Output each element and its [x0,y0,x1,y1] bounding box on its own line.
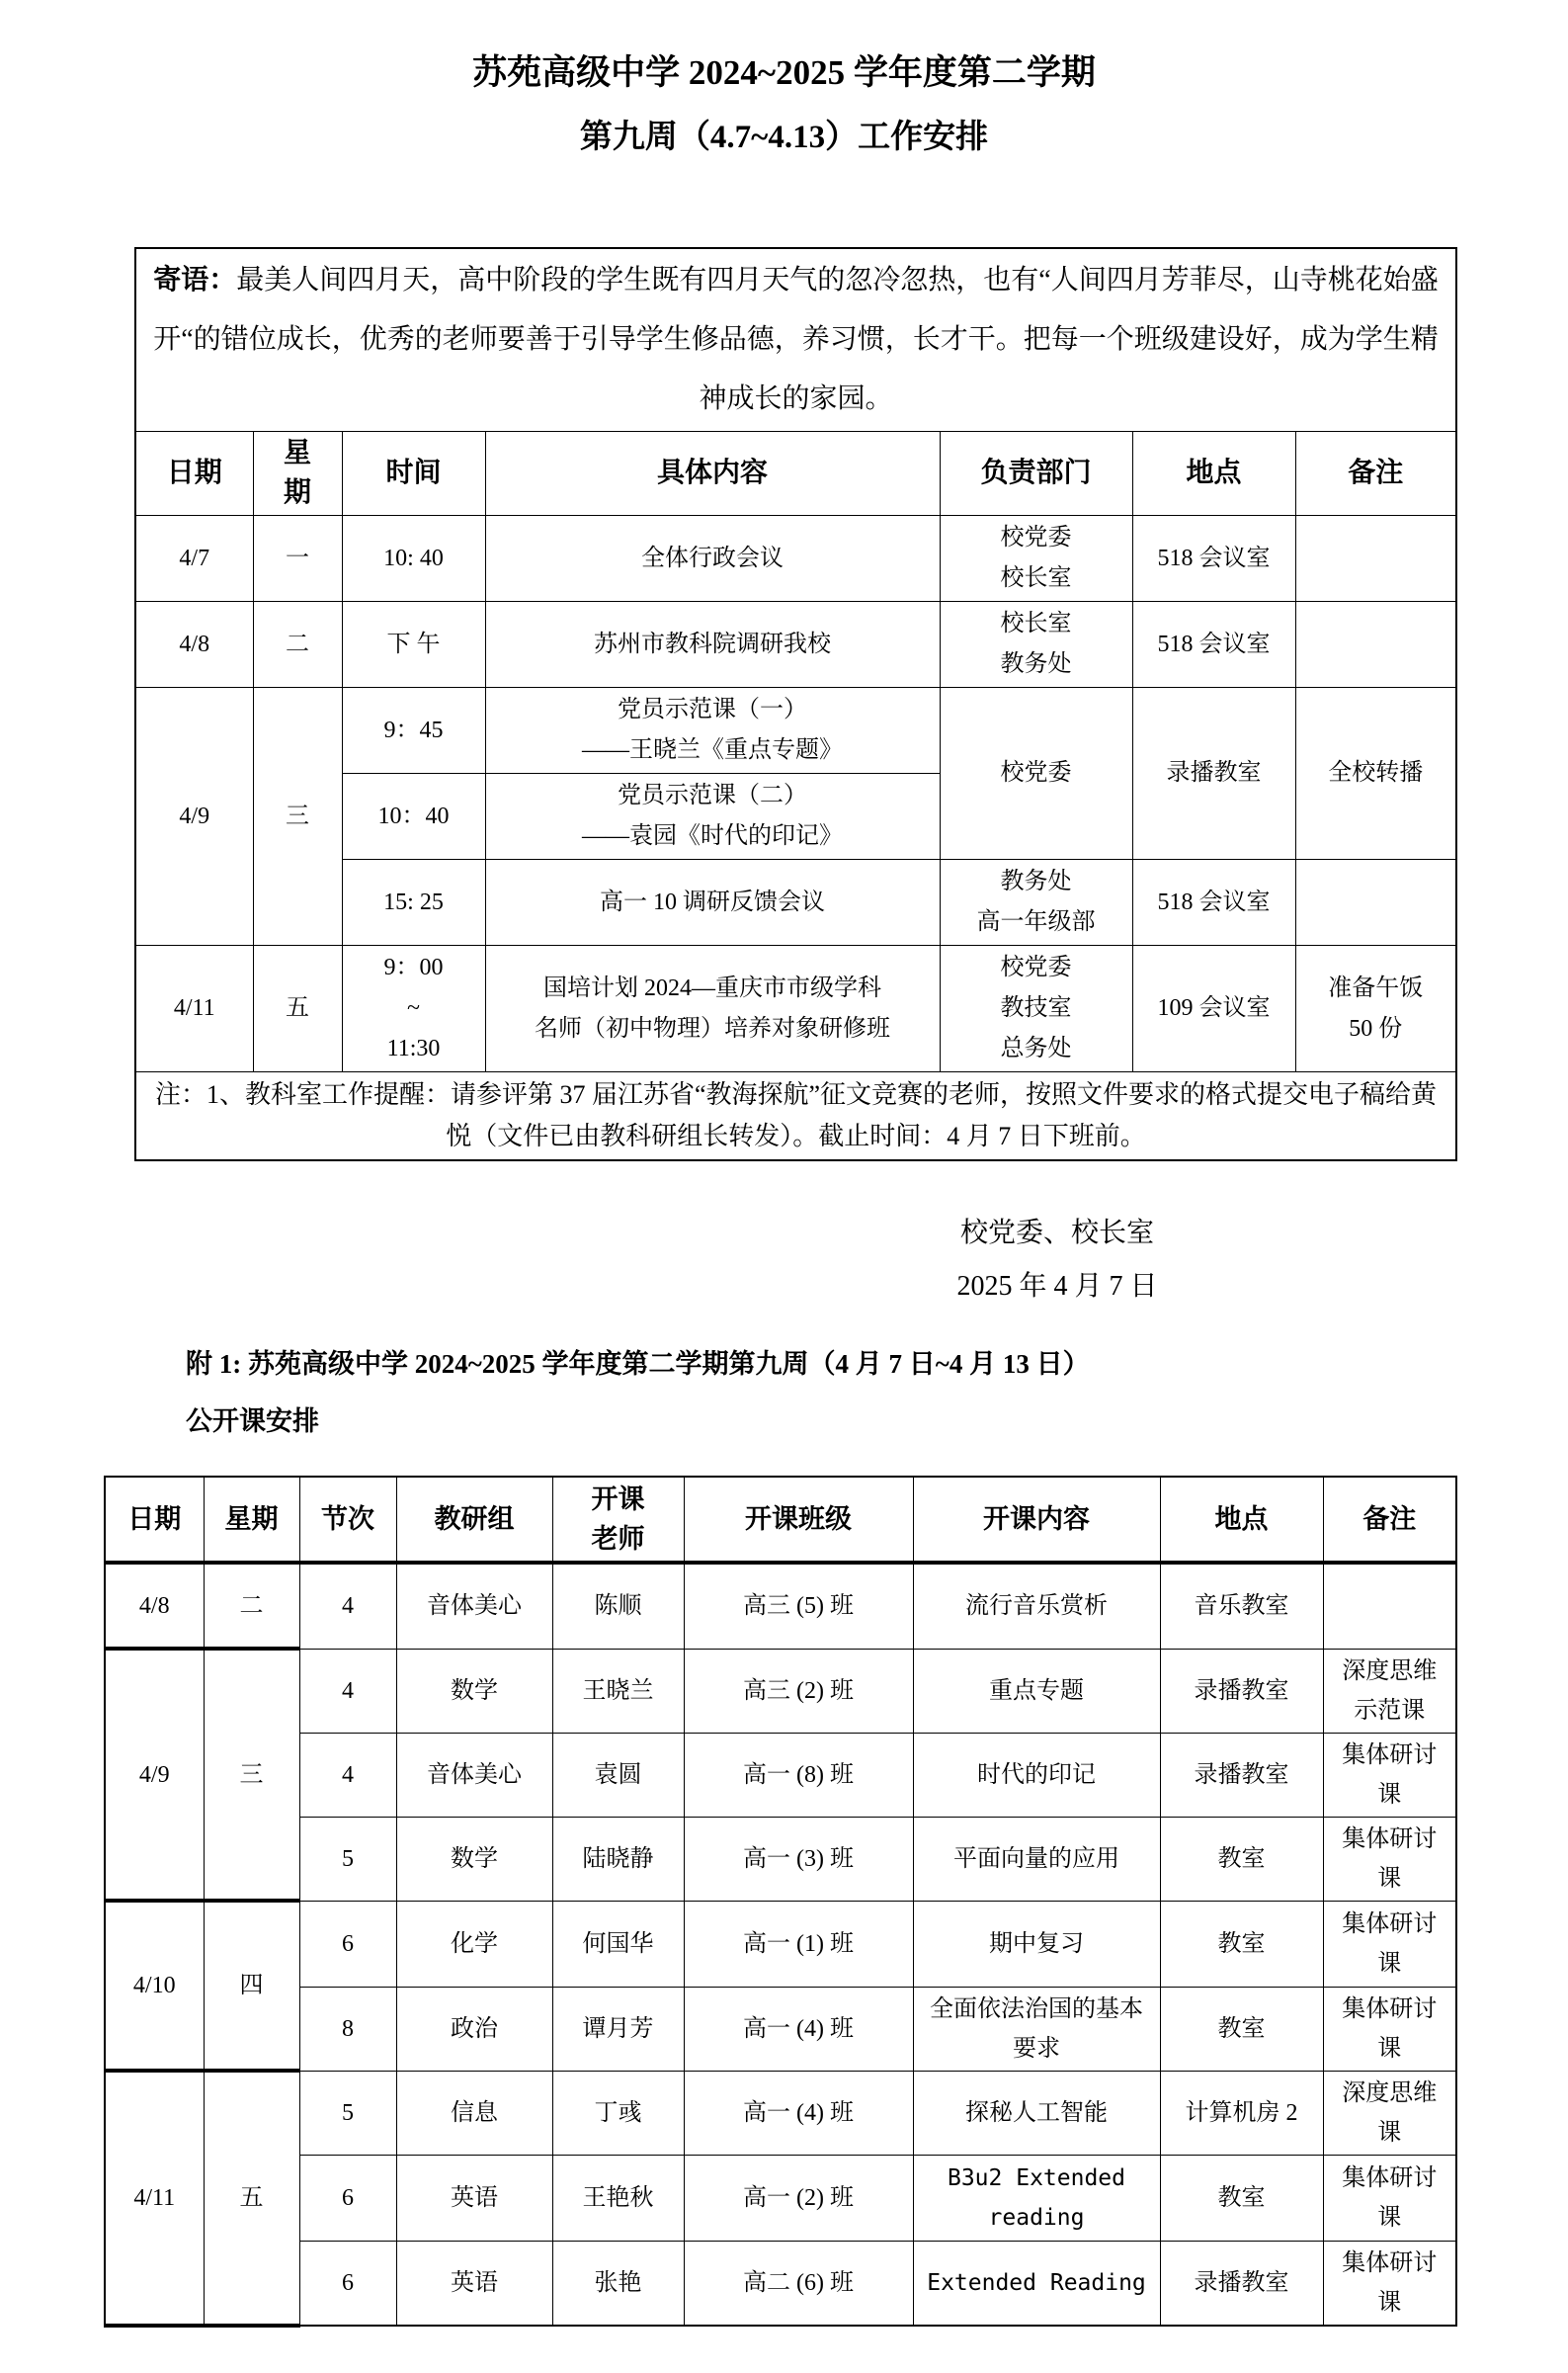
note-row: 注：1、教科室工作提醒：请参评第 37 届江苏省“教海探航”征文竞赛的老师，按照… [135,1072,1456,1161]
cell-place: 录播教室 [1160,2241,1323,2326]
cell-period: 5 [299,2071,396,2155]
cell-teaching-group: 英语 [396,2155,552,2241]
cell-week: 一 [253,516,342,602]
cell-class: 高一 (4) 班 [684,1987,913,2071]
weekly-schedule-table: 寄语：最美人间四月天，高中阶段的学生既有四月天气的忽冷忽热，也有“人间四月芳菲尽… [134,247,1457,1161]
open-class-table: 日期 星期 节次 教研组 开课老师 开课班级 开课内容 地点 备注 4/8 二 … [104,1476,1457,2328]
cell-time: 9：00 ~ 11:30 [342,946,485,1072]
table-row: 4/11 五 9：00 ~ 11:30 国培计划 2024—重庆市市级学科 名师… [135,946,1456,1072]
cell-time: 10：40 [342,774,485,860]
cell-note [1323,1563,1456,1649]
cell-dept: 校党委 教技室 总务处 [940,946,1132,1072]
col-header-period: 节次 [299,1477,396,1563]
signature-block: 校党委、校长室 2025 年 4 月 7 日 [894,1207,1220,1314]
cell-lesson-content: 平面向量的应用 [913,1817,1160,1901]
cell-note: 准备午饭 50 份 [1295,946,1456,1072]
message-text: 最美人间四月天，高中阶段的学生既有四月天气的忽冷忽热，也有“人间四月芳菲尽，山寺… [153,265,1438,414]
cell-period: 5 [299,1817,396,1901]
cell-period: 6 [299,2155,396,2241]
cell-week: 四 [204,1901,299,2071]
cell-class: 高一 (4) 班 [684,2071,913,2155]
col-header-week-label: 星期 [282,434,313,513]
cell-place: 录播教室 [1160,1649,1323,1733]
table-row: 8 政治 谭月芳 高一 (4) 班 全面依法治国的基本 要求 教室 集体研讨 课 [105,1987,1456,2071]
cell-date: 4/11 [135,946,253,1072]
signature-date: 2025 年 4 月 7 日 [894,1260,1220,1314]
cell-note [1295,860,1456,946]
col-header-dept: 负责部门 [940,432,1132,516]
appendix-heading: 附 1: 苏苑高级中学 2024~2025 学年度第二学期第九周（4 月 7 日… [186,1335,1449,1450]
cell-lesson-content: 探秘人工智能 [913,2071,1160,2155]
cell-content: 党员示范课（一） ——王晓兰《重点专题》 [485,688,940,774]
schedule-header-row: 日期 星期 时间 具体内容 负责部门 地点 备注 [135,432,1456,516]
cell-teacher: 陈顺 [552,1563,684,1649]
cell-date: 4/8 [105,1563,204,1649]
cell-place: 计算机房 2 [1160,2071,1323,2155]
cell-class: 高一 (1) 班 [684,1901,913,1987]
col-header-date: 日期 [105,1477,204,1563]
cell-teacher: 王晓兰 [552,1649,684,1733]
cell-date: 4/9 [135,688,253,946]
cell-content: 国培计划 2024—重庆市市级学科 名师（初中物理）培养对象研修班 [485,946,940,1072]
cell-lesson-content: 期中复习 [913,1901,1160,1987]
cell-place: 教室 [1160,1987,1323,2071]
table-row: 6 英语 张艳 高二 (6) 班 Extended Reading 录播教室 集… [105,2241,1456,2326]
cell-place: 录播教室 [1160,1733,1323,1817]
document-page: 苏苑高级中学 2024~2025 学年度第二学期 第九周（4.7~4.13）工作… [0,0,1568,2373]
cell-class: 高一 (3) 班 [684,1817,913,1901]
cell-content: 党员示范课（二） ——袁园《时代的印记》 [485,774,940,860]
cell-date: 4/9 [105,1649,204,1901]
cell-lesson-content: 时代的印记 [913,1733,1160,1817]
message-row: 寄语：最美人间四月天，高中阶段的学生既有四月天气的忽冷忽热，也有“人间四月芳菲尽… [135,248,1456,432]
cell-class: 高一 (8) 班 [684,1733,913,1817]
cell-date: 4/11 [105,2071,204,2326]
cell-note: 集体研讨 课 [1323,2155,1456,2241]
cell-period: 6 [299,1901,396,1987]
cell-lesson-content: Extended Reading [913,2241,1160,2326]
cell-date: 4/7 [135,516,253,602]
col-header-teaching-group: 教研组 [396,1477,552,1563]
cell-lesson-content: B3u2 Extended reading [913,2155,1160,2241]
cell-note: 集体研讨 课 [1323,2241,1456,2326]
cell-class: 高二 (6) 班 [684,2241,913,2326]
cell-place: 教室 [1160,1901,1323,1987]
cell-week: 二 [253,602,342,688]
col-header-class: 开课班级 [684,1477,913,1563]
cell-teacher: 谭月芳 [552,1987,684,2071]
cell-week: 五 [253,946,342,1072]
cell-teacher: 何国华 [552,1901,684,1987]
cell-place: 录播教室 [1132,688,1295,860]
cell-class: 高一 (2) 班 [684,2155,913,2241]
col-header-time: 时间 [342,432,485,516]
cell-teacher: 王艳秋 [552,2155,684,2241]
cell-teaching-group: 音体美心 [396,1563,552,1649]
cell-content: 高一 10 调研反馈会议 [485,860,940,946]
table-row: 6 英语 王艳秋 高一 (2) 班 B3u2 Extended reading … [105,2155,1456,2241]
doc-title-line1: 苏苑高级中学 2024~2025 学年度第二学期 [0,49,1568,97]
cell-dept: 校长室 教务处 [940,602,1132,688]
cell-note: 集体研讨 课 [1323,1733,1456,1817]
cell-content: 苏州市教科院调研我校 [485,602,940,688]
cell-place: 518 会议室 [1132,602,1295,688]
cell-teaching-group: 数学 [396,1817,552,1901]
cell-place: 518 会议室 [1132,860,1295,946]
cell-time: 下 午 [342,602,485,688]
table-row: 5 数学 陆晓静 高一 (3) 班 平面向量的应用 教室 集体研讨 课 [105,1817,1456,1901]
cell-teaching-group: 信息 [396,2071,552,2155]
cell-class: 高三 (2) 班 [684,1649,913,1733]
cell-note: 深度思维 示范课 [1323,1649,1456,1733]
message-label: 寄语： [153,265,236,296]
open-class-header-row: 日期 星期 节次 教研组 开课老师 开课班级 开课内容 地点 备注 [105,1477,1456,1563]
col-header-note: 备注 [1295,432,1456,516]
cell-date: 4/8 [135,602,253,688]
cell-lesson-content: 流行音乐赏析 [913,1563,1160,1649]
table-row: 4/7 一 10: 40 全体行政会议 校党委 校长室 518 会议室 [135,516,1456,602]
cell-note: 深度思维 课 [1323,2071,1456,2155]
appendix-heading-line1: 附 1: 苏苑高级中学 2024~2025 学年度第二学期第九周（4 月 7 日… [186,1335,1449,1393]
col-header-week: 星期 [204,1477,299,1563]
cell-content: 全体行政会议 [485,516,940,602]
cell-time: 9：45 [342,688,485,774]
cell-note [1295,516,1456,602]
note-cell: 注：1、教科室工作提醒：请参评第 37 届江苏省“教海探航”征文竞赛的老师，按照… [135,1072,1456,1161]
cell-place: 音乐教室 [1160,1563,1323,1649]
message-cell: 寄语：最美人间四月天，高中阶段的学生既有四月天气的忽冷忽热，也有“人间四月芳菲尽… [135,248,1456,432]
table-row: 4/8 二 下 午 苏州市教科院调研我校 校长室 教务处 518 会议室 [135,602,1456,688]
table-row: 4/11 五 5 信息 丁彧 高一 (4) 班 探秘人工智能 计算机房 2 深度… [105,2071,1456,2155]
cell-period: 4 [299,1733,396,1817]
cell-lesson-content: 全面依法治国的基本 要求 [913,1987,1160,2071]
cell-time: 15: 25 [342,860,485,946]
cell-week: 五 [204,2071,299,2326]
table-row: 4/9 三 4 数学 王晓兰 高三 (2) 班 重点专题 录播教室 深度思维 示… [105,1649,1456,1733]
cell-period: 4 [299,1649,396,1733]
col-header-place: 地点 [1132,432,1295,516]
cell-place: 教室 [1160,2155,1323,2241]
cell-teaching-group: 英语 [396,2241,552,2326]
cell-lesson-content: 重点专题 [913,1649,1160,1733]
table-row: 4/8 二 4 音体美心 陈顺 高三 (5) 班 流行音乐赏析 音乐教室 [105,1563,1456,1649]
col-header-place: 地点 [1160,1477,1323,1563]
cell-teacher: 袁圆 [552,1733,684,1817]
doc-title-line2: 第九周（4.7~4.13）工作安排 [0,115,1568,160]
cell-week: 三 [253,688,342,946]
cell-teaching-group: 化学 [396,1901,552,1987]
cell-period: 8 [299,1987,396,2071]
cell-place: 109 会议室 [1132,946,1295,1072]
cell-note: 集体研讨 课 [1323,1987,1456,2071]
signature-dept: 校党委、校长室 [894,1207,1220,1260]
col-header-date: 日期 [135,432,253,516]
cell-note [1295,602,1456,688]
cell-teaching-group: 数学 [396,1649,552,1733]
cell-note: 集体研讨 课 [1323,1901,1456,1987]
table-row: 4/10 四 6 化学 何国华 高一 (1) 班 期中复习 教室 集体研讨 课 [105,1901,1456,1987]
cell-note: 集体研讨 课 [1323,1817,1456,1901]
cell-dept: 教务处 高一年级部 [940,860,1132,946]
cell-time: 10: 40 [342,516,485,602]
cell-place: 教室 [1160,1817,1323,1901]
cell-teacher: 丁彧 [552,2071,684,2155]
appendix-heading-line2: 公开课安排 [186,1393,1449,1450]
cell-date: 4/10 [105,1901,204,2071]
col-header-content: 具体内容 [485,432,940,516]
cell-teacher: 陆晓静 [552,1817,684,1901]
col-header-teacher-label: 开课老师 [587,1480,648,1559]
col-header-note: 备注 [1323,1477,1456,1563]
cell-note: 全校转播 [1295,688,1456,860]
table-row: 4/9 三 9：45 党员示范课（一） ——王晓兰《重点专题》 校党委 录播教室… [135,688,1456,774]
cell-period: 6 [299,2241,396,2326]
cell-class: 高三 (5) 班 [684,1563,913,1649]
cell-week: 二 [204,1563,299,1649]
col-header-teacher: 开课老师 [552,1477,684,1563]
cell-dept: 校党委 校长室 [940,516,1132,602]
col-header-lesson-content: 开课内容 [913,1477,1160,1563]
cell-period: 4 [299,1563,396,1649]
table-row: 4 音体美心 袁圆 高一 (8) 班 时代的印记 录播教室 集体研讨 课 [105,1733,1456,1817]
cell-teaching-group: 政治 [396,1987,552,2071]
col-header-week: 星期 [253,432,342,516]
cell-teacher: 张艳 [552,2241,684,2326]
cell-dept: 校党委 [940,688,1132,860]
cell-place: 518 会议室 [1132,516,1295,602]
cell-week: 三 [204,1649,299,1901]
cell-teaching-group: 音体美心 [396,1733,552,1817]
